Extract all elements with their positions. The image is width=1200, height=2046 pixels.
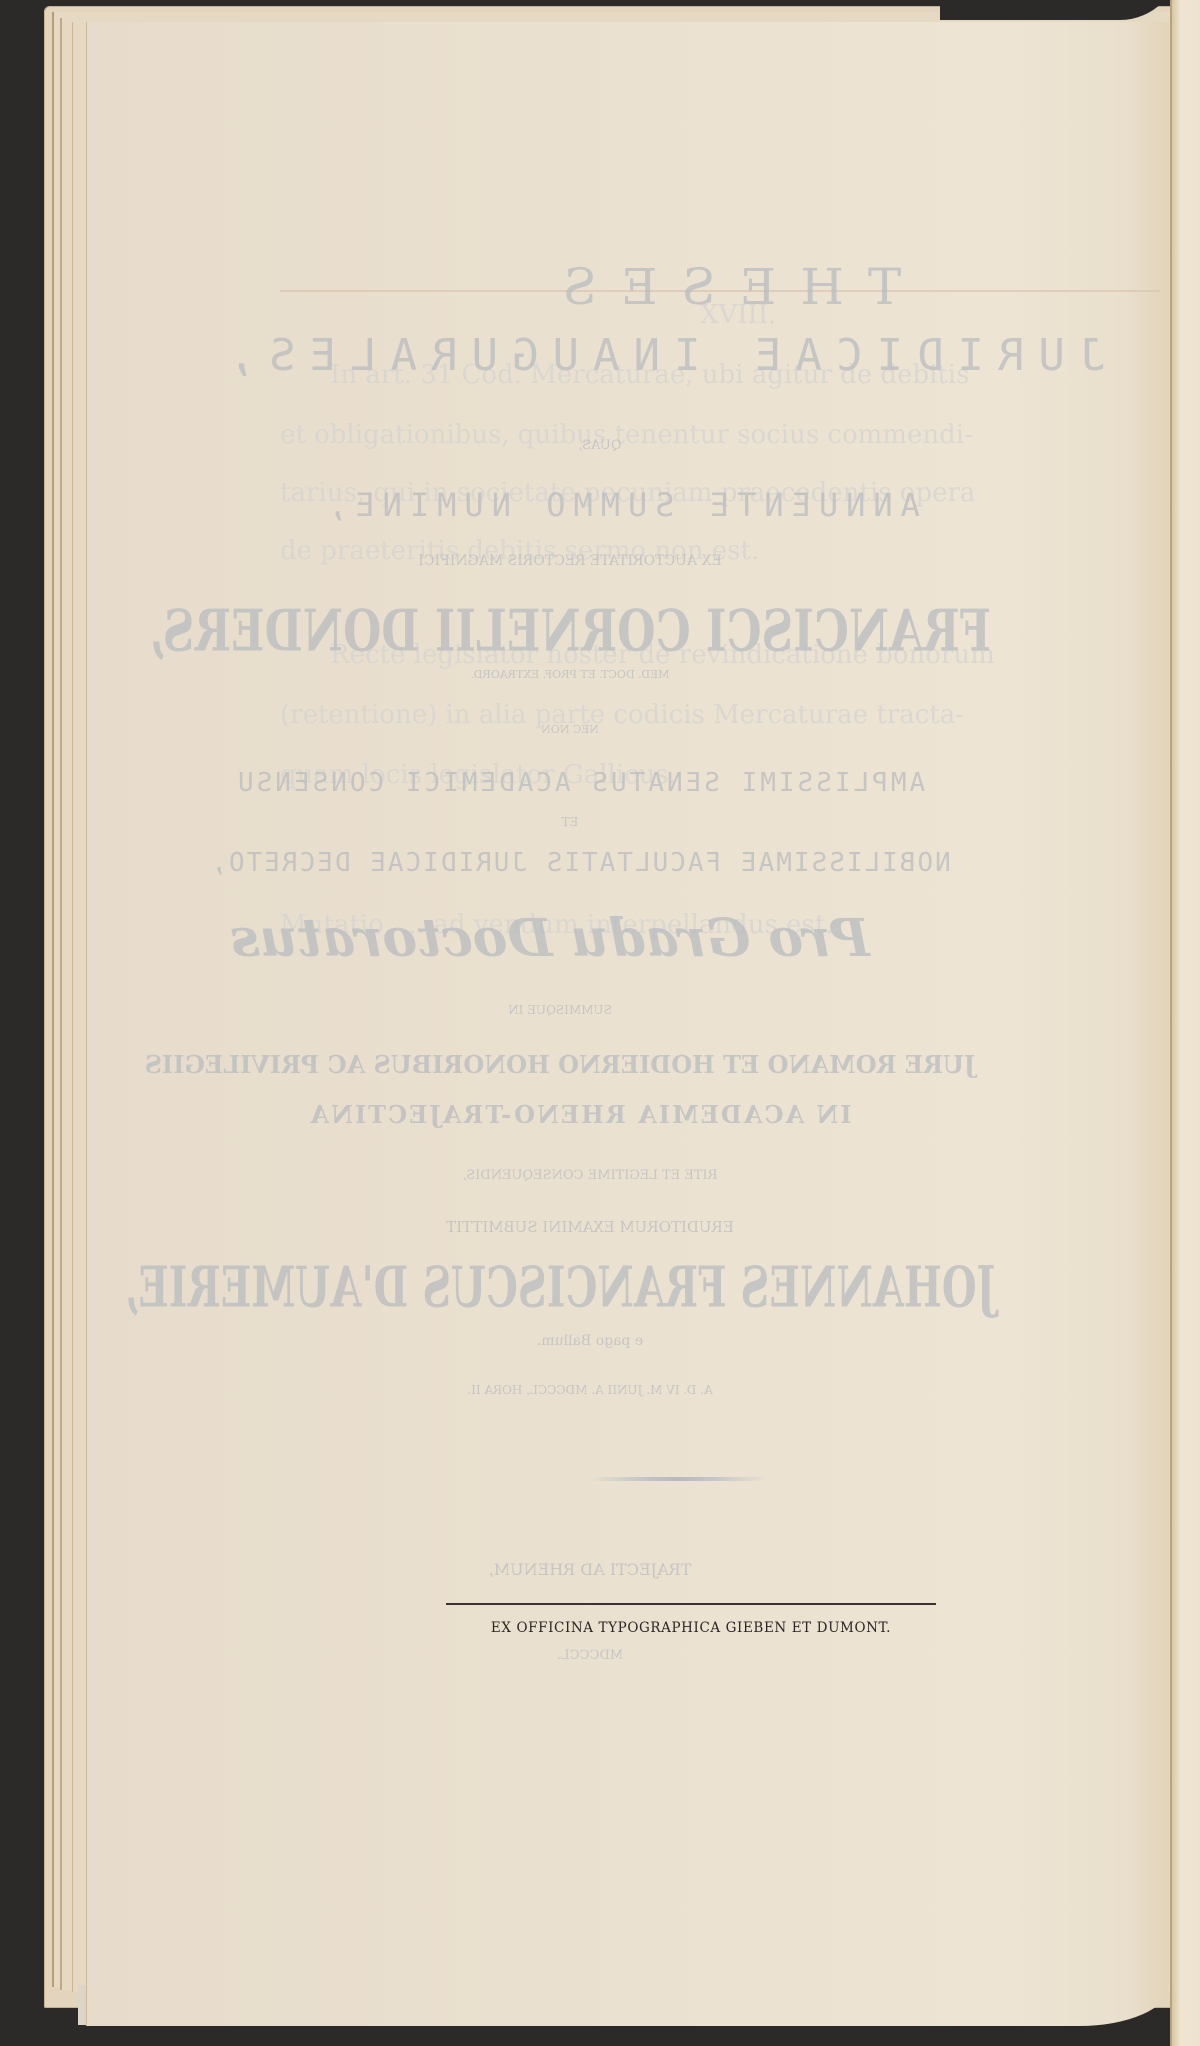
bleed-through-author: JOHANNES FRANCISCUS D'AUMERIE, (0, 1255, 1160, 1321)
bleed-through-title: THESES (120, 258, 1200, 316)
bleed-through-text: e pago Ballum. (0, 1333, 1190, 1349)
bleed-through-text: NEC NON (0, 723, 1170, 736)
bleed-through-year: MDCCCL. (0, 1648, 1190, 1663)
bleed-through-date: A. D. IV M. JUNII A. MDCCCL, HORA II. (0, 1383, 1190, 1397)
bleed-through-place: TRAJECTI AD RHENUM, (0, 1560, 1190, 1579)
bleed-through-text: JURE ROMANO ET HODIERNO HONORIBUS AC PRI… (0, 1050, 1160, 1079)
bleed-through-text: QUAS, (0, 438, 1200, 453)
printer-imprint: EX OFFICINA TYPOGRAPHICA GIEBEN ET DUMON… (446, 1620, 936, 1636)
imprint-rule (446, 1603, 936, 1605)
bleed-through-text: EX AUCTORITATE RECTORIS MAGNIFICI (0, 553, 1170, 569)
bleed-through-text: MED. DOCT. ET PROF. EXTRAORD. (0, 668, 1170, 681)
bleed-through-text: AMPLISSIMI SENATUS ACADEMICI CONSENSU (0, 768, 1180, 798)
bleed-through-degree: Pro Gradu Doctoratus (0, 908, 1150, 969)
bleed-through-ornament (588, 1477, 768, 1481)
bleed-through-text: ET (0, 815, 1170, 829)
bleed-through-text: ANNUENTE SUMMO NUMINE, (20, 486, 1200, 524)
bleed-through-text: RITE ET LEGITIME CONSEQUENDIS, (0, 1168, 1190, 1183)
bleed-through-rector-name: FRANCISCI CORNELII DONDERS, (0, 598, 1170, 664)
bleed-through-text: IN ACADEMIA RHENO-TRAJECTINA (0, 1100, 1180, 1129)
bleed-through-text: NOBILISSIMAE FACULTATIS JURIDICAE DECRET… (0, 848, 1180, 878)
bleed-through-subtitle: JURIDICAE INAUGURALES, (60, 330, 1200, 381)
bleed-through-text: SUMMISQUE IN (0, 1003, 1160, 1017)
bleed-through-text: ERUDITORUM EXAMINI SUBMITTIT (0, 1218, 1190, 1236)
document-page (86, 22, 1169, 2026)
